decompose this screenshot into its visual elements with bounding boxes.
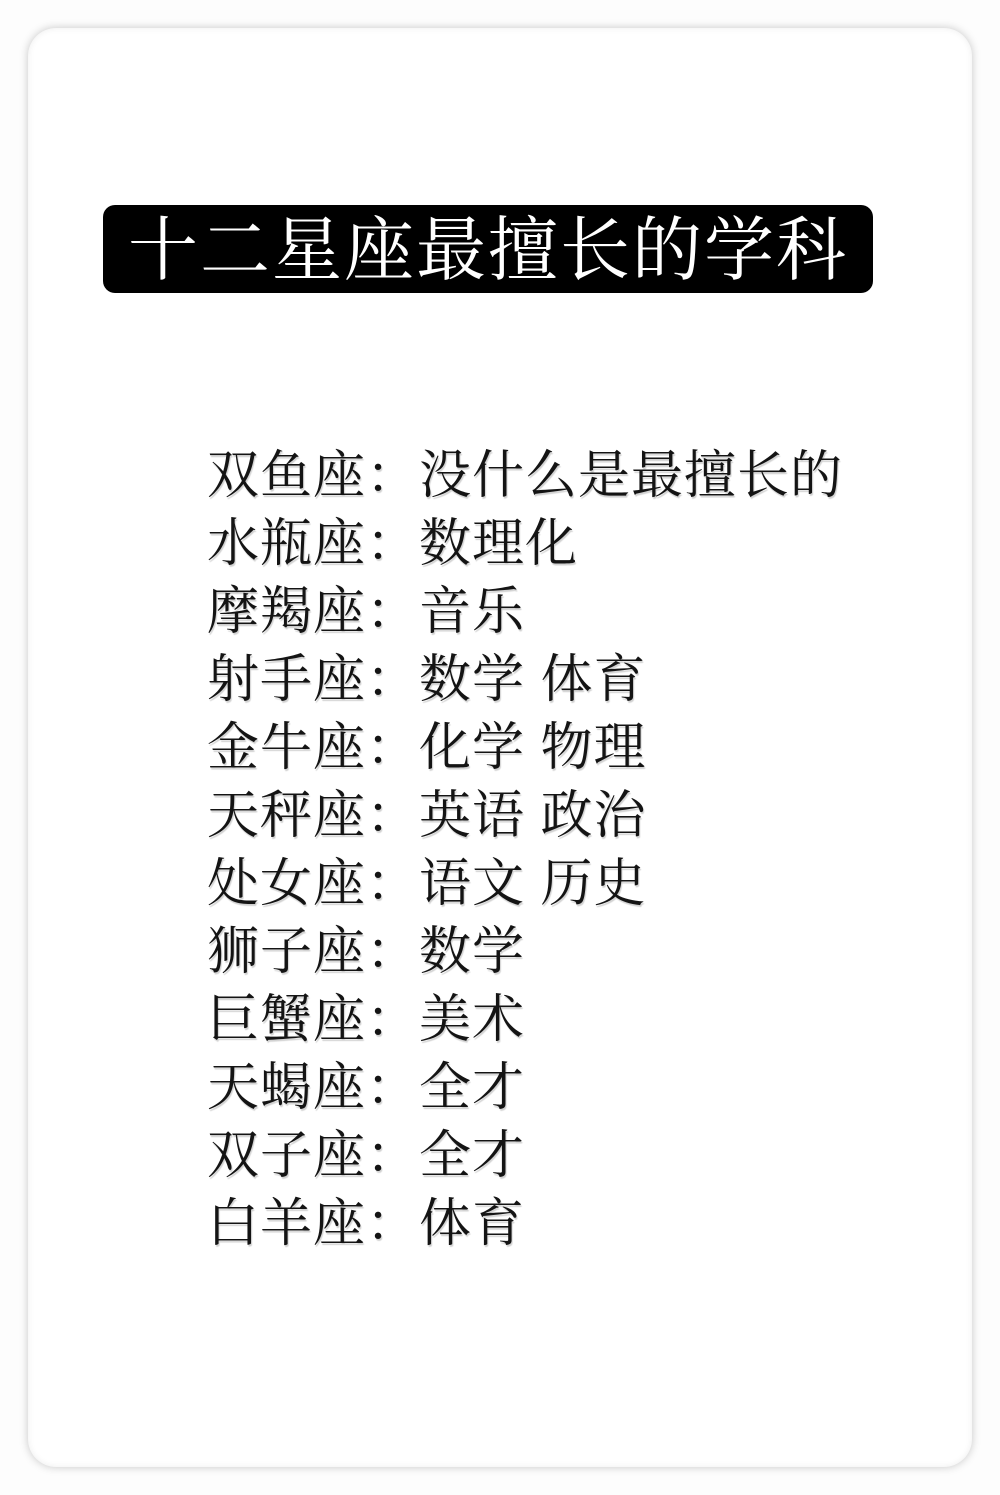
best-subject: 英语 政治: [419, 787, 646, 845]
zodiac-sign: 金牛座: [207, 719, 366, 777]
zodiac-sign: 白羊座: [207, 1195, 366, 1253]
zodiac-sign: 巨蟹座: [207, 991, 366, 1049]
list-item: 白羊座：体育: [207, 1190, 907, 1258]
title-banner: 十二星座最擅长的学科: [103, 205, 873, 293]
best-subject: 美术: [419, 991, 525, 1049]
best-subject: 数理化: [419, 515, 578, 573]
content-card: 十二星座最擅长的学科 双鱼座：没什么是最擅长的水瓶座：数理化摩羯座：音乐射手座：…: [28, 28, 972, 1467]
best-subject: 音乐: [419, 583, 525, 641]
zodiac-sign: 处女座: [207, 855, 366, 913]
zodiac-sign: 双子座: [207, 1127, 366, 1185]
zodiac-sign: 狮子座: [207, 923, 366, 981]
list-item: 处女座：语文 历史: [207, 850, 907, 918]
list-item: 射手座：数学 体育: [207, 646, 907, 714]
separator-colon: ：: [366, 1059, 419, 1117]
separator-colon: ：: [366, 991, 419, 1049]
best-subject: 数学: [419, 923, 525, 981]
best-subject: 化学 物理: [419, 719, 646, 777]
separator-colon: ：: [366, 1127, 419, 1185]
best-subject: 没什么是最擅长的: [419, 447, 843, 505]
list-item: 狮子座：数学: [207, 918, 907, 986]
zodiac-sign: 射手座: [207, 651, 366, 709]
separator-colon: ：: [366, 787, 419, 845]
list-item: 巨蟹座：美术: [207, 986, 907, 1054]
zodiac-sign: 双鱼座: [207, 447, 366, 505]
list-item: 摩羯座：音乐: [207, 578, 907, 646]
page-background: 十二星座最擅长的学科 双鱼座：没什么是最擅长的水瓶座：数理化摩羯座：音乐射手座：…: [0, 0, 1000, 1495]
best-subject: 语文 历史: [419, 855, 646, 913]
list-item: 水瓶座：数理化: [207, 510, 907, 578]
separator-colon: ：: [366, 719, 419, 777]
separator-colon: ：: [366, 1195, 419, 1253]
list-item: 金牛座：化学 物理: [207, 714, 907, 782]
zodiac-sign: 天蝎座: [207, 1059, 366, 1117]
separator-colon: ：: [366, 447, 419, 505]
separator-colon: ：: [366, 855, 419, 913]
list-item: 双子座：全才: [207, 1122, 907, 1190]
separator-colon: ：: [366, 651, 419, 709]
list-item: 天秤座：英语 政治: [207, 782, 907, 850]
best-subject: 数学 体育: [419, 651, 646, 709]
list-item: 天蝎座：全才: [207, 1054, 907, 1122]
separator-colon: ：: [366, 923, 419, 981]
best-subject: 体育: [419, 1195, 525, 1253]
best-subject: 全才: [419, 1127, 525, 1185]
best-subject: 全才: [419, 1059, 525, 1117]
zodiac-sign: 摩羯座: [207, 583, 366, 641]
zodiac-sign: 天秤座: [207, 787, 366, 845]
list-item: 双鱼座：没什么是最擅长的: [207, 442, 907, 510]
page-title: 十二星座最擅长的学科: [128, 213, 848, 285]
zodiac-subject-list: 双鱼座：没什么是最擅长的水瓶座：数理化摩羯座：音乐射手座：数学 体育金牛座：化学…: [207, 442, 907, 1258]
separator-colon: ：: [366, 515, 419, 573]
zodiac-sign: 水瓶座: [207, 515, 366, 573]
separator-colon: ：: [366, 583, 419, 641]
